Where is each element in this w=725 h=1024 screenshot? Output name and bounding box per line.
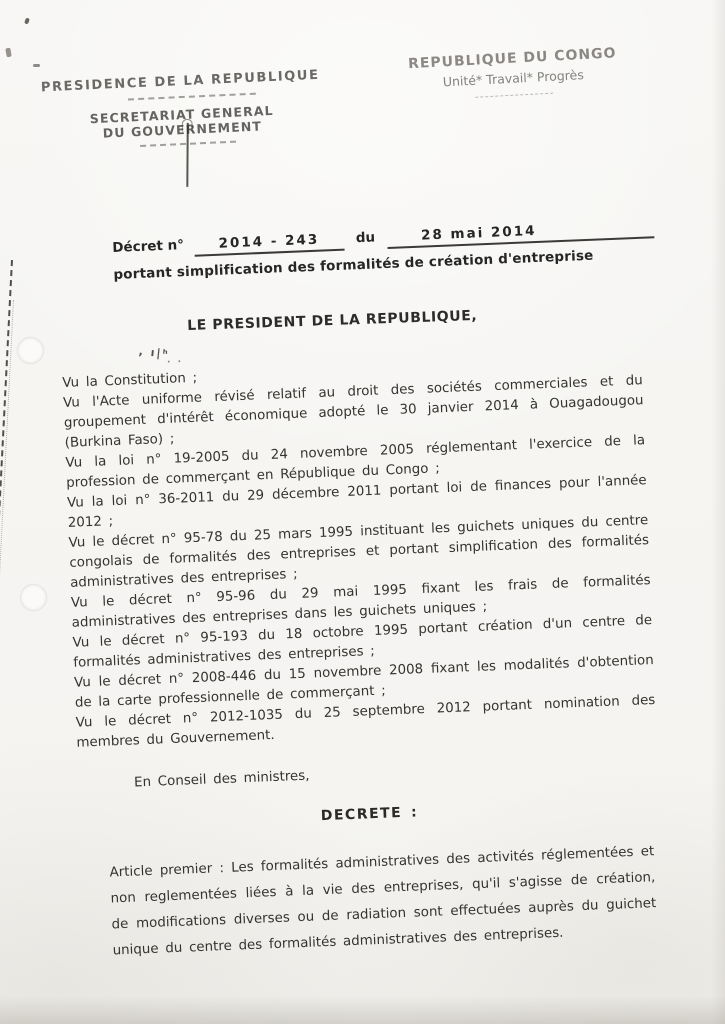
pen-stroke-mark: [186, 123, 188, 187]
decree-heading: Décret n° 2014 - 243 du 28 mai 2014 port…: [112, 218, 655, 283]
national-motto: Unité* Travail* Progrès: [442, 67, 584, 89]
ink-speck: [24, 17, 30, 24]
ink-smudge: · ·: [167, 357, 183, 368]
letterhead-right: REPUBLIQUE DU CONGO Unité* Travail* Prog…: [412, 46, 614, 101]
letterhead-left: PRESIDENCE DE LA REPUBLIQUE SECRETARIAT …: [50, 68, 313, 151]
decree-body: Vu la Constitution ; Vu l'Acte uniforme …: [62, 351, 665, 965]
scanned-decree-page: PRESIDENCE DE LA REPUBLIQUE SECRETARIAT …: [0, 0, 725, 1024]
dashed-divider: [128, 93, 256, 101]
article-premier: Article premier : Les formalités adminis…: [109, 839, 658, 964]
salutation-line: LE PRESIDENT DE LA REPUBLIQUE,: [187, 308, 478, 334]
hole-punch: [20, 584, 47, 611]
letterhead-presidence: PRESIDENCE DE LA REPUBLIQUE: [41, 68, 320, 96]
dashed-divider: [475, 93, 553, 98]
enactment-heading: DECRETE :: [79, 793, 659, 836]
dashed-divider: [140, 141, 236, 147]
scan-fold-line: [0, 260, 13, 987]
scan-edge-shadow: [711, 0, 725, 1024]
scan-edge-shadow: [0, 996, 725, 1024]
decree-label: Décret n°: [112, 237, 194, 256]
decree-number: 2014 - 243: [194, 231, 345, 257]
ink-speck: [5, 48, 11, 58]
decree-connector: du: [344, 229, 388, 247]
country-name: REPUBLIQUE DU CONGO: [408, 45, 617, 72]
hole-punch: [17, 337, 44, 364]
ink-speck: [33, 64, 40, 67]
decree-date: 28 mai 2014: [387, 218, 655, 249]
ink-smudge: , ı|ʰ: [138, 345, 170, 361]
council-line: En Conseil des ministres,: [134, 753, 658, 794]
